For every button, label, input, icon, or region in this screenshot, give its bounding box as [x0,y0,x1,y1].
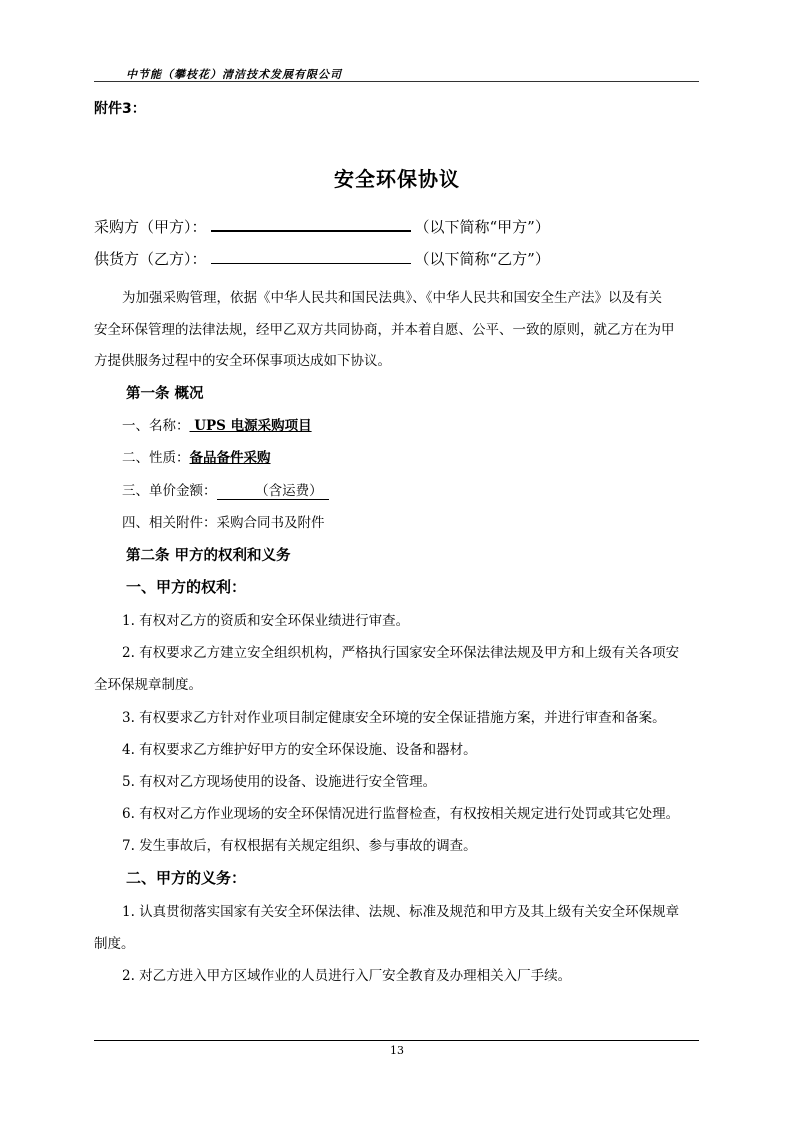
rights-heading: 一、甲方的权利： [126,576,246,597]
intro-line-1: 为加强采购管理，依据《中华人民共和国民法典》、《中华人民共和国安全生产法》以及有… [94,286,662,306]
right-7: 7. 发生事故后，有权根据有关规定组织、参与事故的调查。 [94,834,477,854]
party-b-label: 供货方（乙方）： [94,250,207,268]
right-2: 2. 有权要求乙方建立安全组织机构，严格执行国家安全环保法律法规及甲方和上级有关… [94,641,679,661]
price-label: 三、单价金额： [122,483,217,499]
company-header: 中节能（攀枝花）清洁技术发展有限公司 [126,66,342,82]
nature-value: 备品备件采购 [190,450,271,466]
header-divider [94,81,699,82]
party-b-blank [211,249,411,264]
article-1-nature: 二、性质：备品备件采购 [122,446,271,466]
attach-label: 四、相关附件： [122,515,217,531]
name-value: UPS 电源采购项目 [190,418,312,434]
article-1-attach: 四、相关附件：采购合同书及附件 [122,511,325,531]
article-1-price: 三、单价金额： （含运费） [122,479,329,500]
page-number: 13 [0,1044,794,1057]
nature-label: 二、性质： [122,450,190,466]
intro-line-3: 方提供服务过程中的安全环保事项达成如下协议。 [94,349,391,369]
right-3: 3. 有权要求乙方针对作业项目制定健康安全环境的安全保证措施方案，并进行审查和备… [94,706,666,726]
footer-divider [94,1040,699,1041]
attachment-label: 附件3： [94,98,146,118]
article-1-name: 一、名称： UPS 电源采购项目 [122,414,312,434]
duties-heading: 二、甲方的义务： [126,867,246,888]
article-1-heading: 第一条 概况 [126,382,204,403]
duty-1: 1. 认真贯彻落实国家有关安全环保法律、法规、标准及规范和甲方及其上级有关安全环… [94,900,679,920]
intro-line-2: 安全环保管理的法律法规，经甲乙双方共同协商，并本着自愿、公平、一致的原则，就乙方… [94,318,675,338]
attach-value: 采购合同书及附件 [217,515,325,531]
party-a-label: 采购方（甲方）： [94,218,207,236]
duty-2: 2. 对乙方进入甲方区域作业的人员进行入厂安全教育及办理相关入厂手续。 [94,964,571,984]
duty-1-cont: 制度。 [94,932,135,952]
party-b-suffix: （以下简称“乙方”） [415,250,550,268]
name-label: 一、名称： [122,418,190,434]
party-a-line: 采购方（甲方）：（以下简称“甲方”） [94,216,550,237]
article-2-heading: 第二条 甲方的权利和义务 [126,544,291,565]
right-2-cont: 全环保规章制度。 [94,673,202,693]
party-a-suffix: （以下简称“甲方”） [415,218,550,236]
party-b-line: 供货方（乙方）：（以下简称“乙方”） [94,248,550,269]
document-title: 安全环保协议 [0,163,794,192]
party-a-blank [211,216,411,232]
right-4: 4. 有权要求乙方维护好甲方的安全环保设施、设备和器材。 [94,738,477,758]
price-value: （含运费） [217,479,329,500]
right-1: 1. 有权对乙方的资质和安全环保业绩进行审查。 [94,609,409,629]
right-6: 6. 有权对乙方作业现场的安全环保情况进行监督检查，有权按相关规定进行处罚或其它… [94,802,679,822]
right-5: 5. 有权对乙方现场使用的设备、设施进行安全管理。 [94,770,436,790]
